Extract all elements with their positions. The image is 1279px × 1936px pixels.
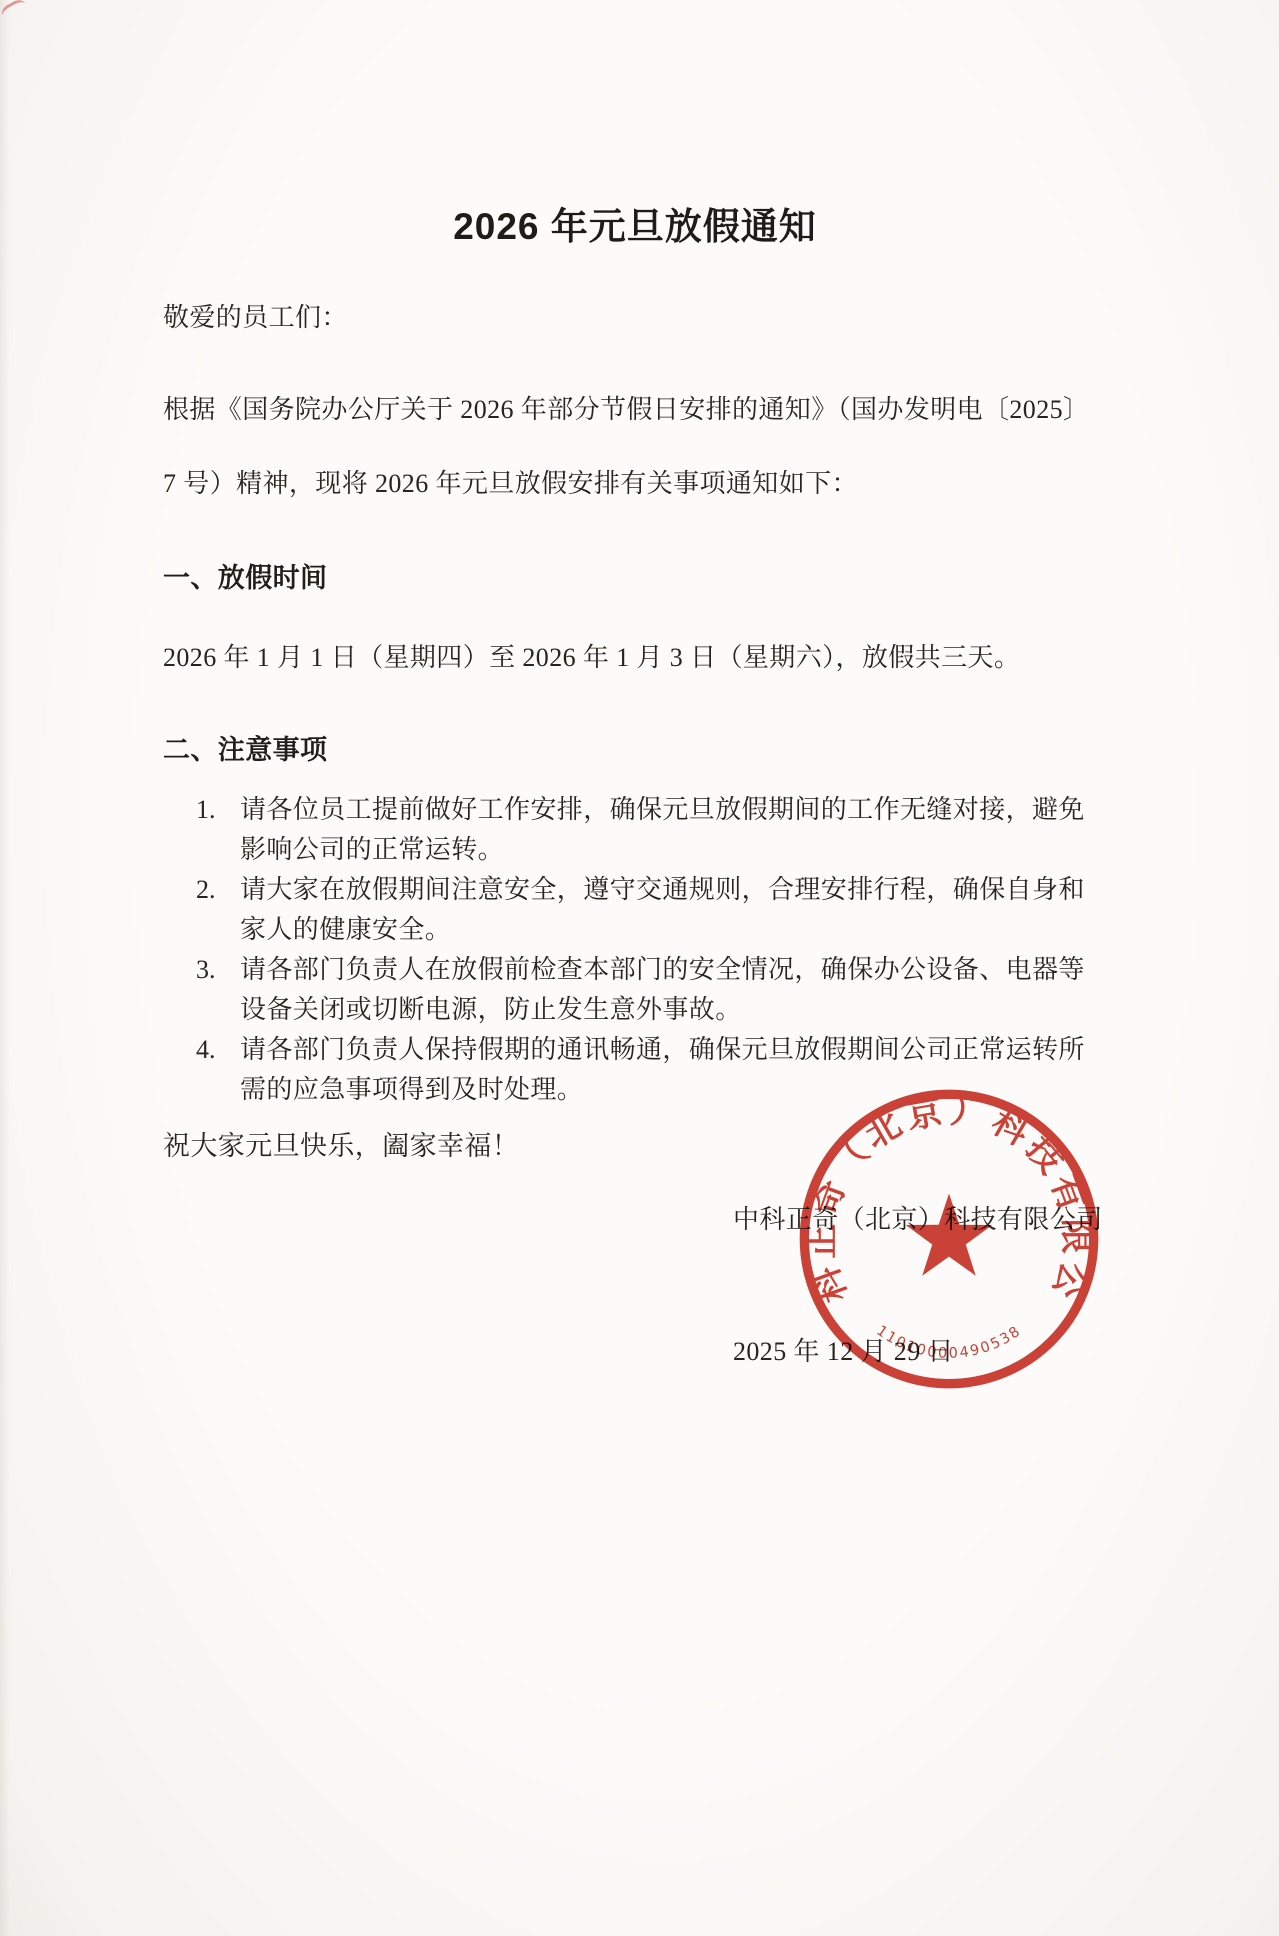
list-item-line: 影响公司的正常运转。 bbox=[240, 830, 1085, 870]
list-item-line: 请大家在放假期间注意安全，遵守交通规则，合理安排行程，确保自身和 bbox=[240, 870, 1085, 910]
list-item-number: 2. bbox=[196, 870, 240, 910]
list-item-line: 家人的健康安全。 bbox=[240, 910, 1085, 950]
list-item-number: 4. bbox=[196, 1030, 240, 1070]
list-item-number: 3. bbox=[196, 950, 240, 990]
scan-edge-shading bbox=[0, 0, 10, 1936]
list-item-text: 请各位员工提前做好工作安排，确保元旦放假期间的工作无缝对接，避免 影响公司的正常… bbox=[240, 790, 1085, 870]
list-item: 1. 请各位员工提前做好工作安排，确保元旦放假期间的工作无缝对接，避免 影响公司… bbox=[196, 790, 1106, 870]
seal-code-text: 11010000490538 bbox=[873, 1323, 1024, 1362]
list-item-line: 请各位员工提前做好工作安排，确保元旦放假期间的工作无缝对接，避免 bbox=[240, 790, 1085, 830]
seal-ring-text: 中科正奇（北京）科技有限公司 bbox=[794, 1084, 1096, 1308]
intro-line-1: 根据《国务院办公厅关于 2026 年部分节假日安排的通知》（国办发明电〔2025… bbox=[163, 392, 1089, 428]
list-item-line: 请各部门负责人在放假前检查本部门的安全情况，确保办公设备、电器等 bbox=[240, 950, 1085, 990]
list-item-text: 请大家在放假期间注意安全，遵守交通规则，合理安排行程，确保自身和 家人的健康安全… bbox=[240, 870, 1085, 950]
list-item-text: 请各部门负责人在放假前检查本部门的安全情况，确保办公设备、电器等 设备关闭或切断… bbox=[240, 950, 1085, 1030]
notes-list: 1. 请各位员工提前做好工作安排，确保元旦放假期间的工作无缝对接，避免 影响公司… bbox=[196, 790, 1106, 1110]
section-1-body: 2026 年 1 月 1 日（星期四）至 2026 年 1 月 3 日（星期六）… bbox=[163, 640, 1020, 676]
section-1-heading: 一、放假时间 bbox=[163, 560, 327, 596]
notice-page: 2026 年元旦放假通知 敬爱的员工们： 根据《国务院办公厅关于 2026 年部… bbox=[0, 0, 1279, 1936]
seal-star-icon bbox=[906, 1194, 992, 1276]
list-item-number: 1. bbox=[196, 790, 240, 830]
seal-code-text-holder: 11010000490538 bbox=[873, 1323, 1024, 1362]
intro-line-2: 7 号）精神，现将 2026 年元旦放假安排有关事项通知如下： bbox=[163, 466, 858, 502]
page-title: 2026 年元旦放假通知 bbox=[160, 196, 1110, 250]
list-item: 2. 请大家在放假期间注意安全，遵守交通规则，合理安排行程，确保自身和 家人的健… bbox=[196, 870, 1106, 950]
greeting-line: 敬爱的员工们： bbox=[163, 300, 348, 336]
list-item-line: 设备关闭或切断电源，防止发生意外事故。 bbox=[240, 990, 1085, 1030]
list-item-line: 请各部门负责人保持假期的通讯畅通，确保元旦放假期间公司正常运转所 bbox=[240, 1030, 1085, 1070]
list-item: 3. 请各部门负责人在放假前检查本部门的安全情况，确保办公设备、电器等 设备关闭… bbox=[196, 950, 1106, 1030]
seal-ring-text-holder: 中科正奇（北京）科技有限公司 bbox=[794, 1084, 1096, 1308]
closing-line: 祝大家元旦快乐，阖家幸福！ bbox=[163, 1128, 519, 1164]
section-2-heading: 二、注意事项 bbox=[163, 732, 327, 768]
company-seal: 中科正奇（北京）科技有限公司 11010000490538 bbox=[794, 1084, 1104, 1394]
